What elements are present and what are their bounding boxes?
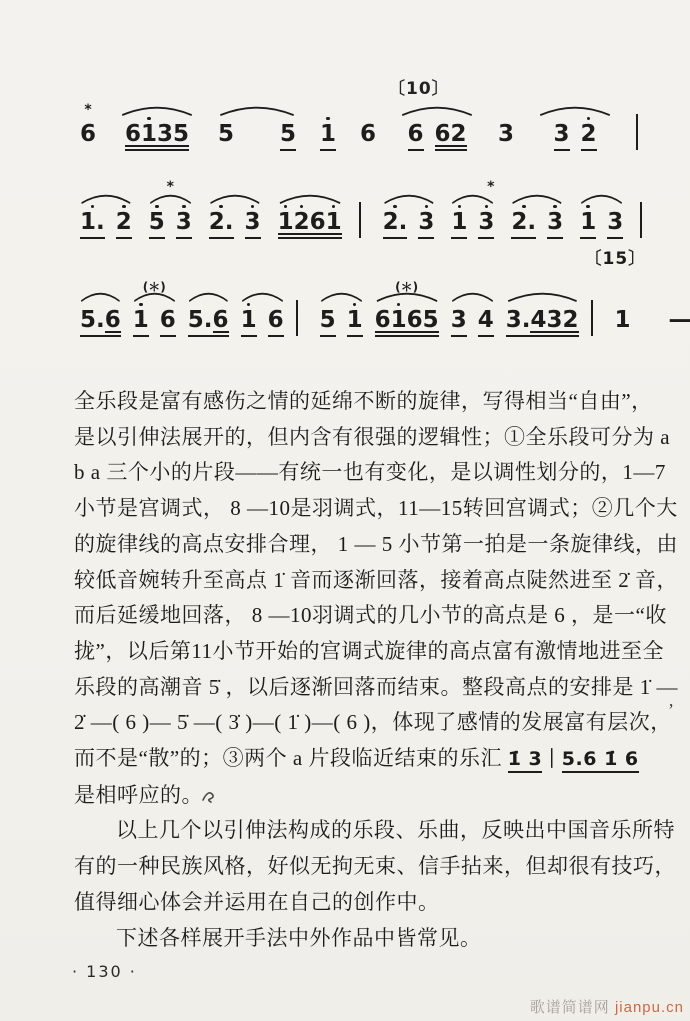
note-token: 3 bbox=[245, 205, 261, 241]
note-digit: 3 bbox=[607, 210, 623, 240]
text-run: 以上几个以引伸法构成的乐段、乐曲，反映出中国音乐所特 bbox=[116, 818, 675, 842]
note-group: 5.6 bbox=[80, 292, 121, 339]
notes: 1261 bbox=[278, 205, 342, 241]
octave-dot bbox=[155, 205, 159, 209]
barline: 〔15〕 bbox=[591, 300, 601, 338]
text-line: 全乐段是富有感伤之情的延绵不断的旋律，写得相当“自由”， bbox=[74, 384, 622, 420]
note-token: 3 bbox=[498, 117, 514, 153]
text-run: 是以引伸法展开的，但内含有很强的逻辑性；①全乐段可分为 a bbox=[74, 425, 670, 449]
note-group: 32 bbox=[538, 106, 612, 153]
note-digit: 4 bbox=[530, 308, 546, 338]
note-token: 3 bbox=[157, 117, 173, 153]
text-line: 是以引伸法展开的，但内含有很强的逻辑性；①全乐段可分为 a bbox=[74, 420, 622, 456]
note-digit: 3 bbox=[547, 210, 563, 240]
note-token: 6 bbox=[125, 117, 141, 153]
music-line: *661355516662332 bbox=[80, 88, 660, 152]
note-token: 3. bbox=[506, 303, 531, 339]
note-token: 3 bbox=[554, 117, 570, 153]
note-digit: 2 bbox=[581, 122, 597, 152]
slur-arc bbox=[451, 194, 494, 204]
note-group: 1 bbox=[615, 303, 631, 339]
octave-dot bbox=[553, 205, 557, 209]
notes: 2.3 bbox=[511, 205, 563, 241]
slur-arc bbox=[149, 194, 192, 204]
note-digit: 3 bbox=[418, 210, 434, 240]
note-token: 5. bbox=[188, 303, 213, 339]
text-run: 拢”，以后第11小节开始的宫调式旋律的高点富有激情地进至全 bbox=[74, 639, 664, 663]
notes: 6 bbox=[80, 117, 96, 153]
note-token: 1 bbox=[278, 205, 294, 241]
note-token: 1 bbox=[141, 117, 157, 153]
expression-mark: (＊) bbox=[143, 278, 166, 295]
note-digit: 6 bbox=[213, 308, 229, 338]
note-token: 5 bbox=[149, 205, 165, 241]
slur-arc bbox=[580, 194, 623, 204]
notes: 662 bbox=[408, 117, 467, 153]
octave-dot bbox=[393, 205, 397, 209]
octave-dot bbox=[139, 303, 143, 307]
note-digit: 6 bbox=[125, 122, 141, 152]
notes: 32 bbox=[554, 117, 597, 153]
notes: 13 bbox=[580, 205, 623, 241]
octave-dot bbox=[397, 303, 401, 307]
note-group: *53 bbox=[149, 194, 192, 241]
note-token: 1. bbox=[80, 205, 105, 241]
page-number: · 130 · bbox=[72, 962, 137, 981]
note-group: 55 bbox=[218, 106, 296, 153]
expression-mark: * bbox=[167, 179, 174, 195]
note-token: 2 bbox=[563, 303, 579, 339]
notes: 16 bbox=[133, 303, 176, 339]
note-token: 6 bbox=[213, 303, 229, 339]
text-line: 较低音婉转升至高点 1̇ 音而逐渐回落，接着高点陡然进至 2̇ 音， bbox=[74, 563, 622, 599]
note-token: 2 bbox=[116, 205, 132, 241]
note-group: 2.3 bbox=[511, 194, 563, 241]
slur-arc bbox=[383, 194, 435, 204]
notes: 6165 bbox=[375, 303, 439, 339]
note-digit: 6 bbox=[360, 122, 376, 152]
text-run: 而不是“散”的；③两个 a 片段临近结束的乐汇 bbox=[74, 746, 508, 770]
octave-dot bbox=[300, 205, 304, 209]
notes: 53 bbox=[149, 205, 192, 241]
note-digit: 5 bbox=[320, 308, 336, 338]
octave-dot bbox=[332, 205, 336, 209]
note-digit: 1. bbox=[80, 210, 105, 240]
note-token: — bbox=[669, 303, 690, 339]
notes: 3.432 bbox=[506, 303, 579, 339]
watermark: 歌谱简谱网 jianpu.cn bbox=[530, 996, 684, 1017]
notes: 55 bbox=[218, 117, 296, 153]
slur-arc bbox=[506, 292, 579, 302]
text-run: 2̇ —( 6 )— 5̇ —( 3̇ )—( 1̇ )—( 6 )，体现了感情… bbox=[74, 710, 672, 734]
text-line: 值得细心体会并运用在自己的创作中。 bbox=[74, 885, 622, 921]
slur-arc bbox=[538, 106, 612, 116]
barline-stroke bbox=[640, 202, 642, 238]
note-group: 2.3 bbox=[383, 194, 435, 241]
note-group: 1.2 bbox=[80, 194, 132, 241]
note-group: 5.6 bbox=[188, 292, 229, 339]
slur-arc bbox=[120, 106, 194, 116]
notes: 6 bbox=[360, 117, 376, 153]
slur-arc bbox=[80, 292, 121, 302]
text-line: 是相呼应的。 bbox=[74, 778, 622, 814]
note-token: 6 bbox=[375, 303, 391, 339]
slur-arc bbox=[320, 292, 363, 302]
notes: 6135 bbox=[125, 117, 189, 153]
octave-dot bbox=[586, 205, 590, 209]
note-token: 6 bbox=[105, 303, 121, 339]
note-token: 5 bbox=[423, 303, 439, 339]
note-token: 1 bbox=[615, 303, 631, 339]
note-digit: 5. bbox=[80, 308, 105, 338]
note-group: 2.3 bbox=[209, 194, 261, 241]
slur-arc bbox=[511, 194, 563, 204]
notes: 51 bbox=[320, 303, 363, 339]
barline bbox=[359, 202, 369, 240]
inline-notation: 1̇ 3 bbox=[508, 748, 543, 773]
note-token: 6 bbox=[435, 117, 451, 153]
slur-arc bbox=[451, 292, 494, 302]
note-group: — bbox=[669, 303, 690, 339]
text-run: 小节是宫调式， 8 —10是羽调式，11—15转回宫调式；②几个大 bbox=[74, 496, 678, 520]
note-digit: 1 bbox=[141, 122, 157, 152]
octave-dot bbox=[522, 205, 526, 209]
note-token: 5 bbox=[280, 117, 296, 153]
notes: 1.2 bbox=[80, 205, 132, 241]
note-group: 1 bbox=[320, 117, 336, 153]
text-run: 下述各样展开手法中外作品中皆常见。 bbox=[116, 926, 482, 950]
text-line: b a 三个小的片段——有统一也有变化，是以调性划分的，1—7 bbox=[74, 455, 622, 491]
text-line: 乐段的高潮音 5̇ ，以后逐渐回落而结束。整段高点的安排是 1̇ — bbox=[74, 670, 622, 706]
barline-stroke bbox=[359, 202, 361, 238]
note-digit: 1 bbox=[241, 308, 257, 338]
note-token: 6 bbox=[80, 117, 96, 153]
slur-arc bbox=[400, 106, 474, 116]
ink-mark bbox=[200, 788, 218, 806]
note-digit: 3 bbox=[157, 122, 173, 152]
note-digit: 4 bbox=[478, 308, 494, 338]
book-page: 〔10〕 *6613555166623321.2*532.312612.3*13… bbox=[0, 0, 690, 1021]
note-token: 5 bbox=[320, 303, 336, 339]
text-line: 的旋律线的高点安排合理， 1 — 5 小节第一拍是一条旋律线，由 bbox=[74, 527, 622, 563]
note-token: 6 bbox=[310, 205, 326, 241]
text-line: 而后延缓地回落， 8 —10羽调式的几小节的高点是 6 ，是一“收 bbox=[74, 598, 622, 634]
note-digit: 3 bbox=[546, 308, 562, 338]
inline-notation: 5.6 1̇ 6 bbox=[562, 748, 639, 773]
note-digit: 2. bbox=[383, 210, 408, 240]
octave-dot bbox=[91, 205, 95, 209]
octave-dot bbox=[326, 117, 330, 121]
note-token: 2. bbox=[383, 205, 408, 241]
note-digit: 3 bbox=[478, 210, 494, 240]
body-text: 全乐段是富有感伤之情的延绵不断的旋律，写得相当“自由”，是以引伸法展开的，但内含… bbox=[74, 384, 622, 956]
octave-dot bbox=[247, 303, 251, 307]
note-token: 1 bbox=[580, 205, 596, 241]
notes: — bbox=[669, 303, 690, 339]
inline-notation: ｜ bbox=[542, 748, 562, 770]
notes: 16 bbox=[241, 303, 284, 339]
text-run: 值得细心体会并运用在自己的创作中。 bbox=[74, 890, 440, 914]
octave-dot bbox=[147, 117, 151, 121]
note-token: 2. bbox=[511, 205, 536, 241]
note-digit: 3 bbox=[554, 122, 570, 152]
note-token: 3 bbox=[176, 205, 192, 241]
note-digit: — bbox=[669, 308, 690, 338]
note-token: 2 bbox=[294, 205, 310, 241]
notes: 2.3 bbox=[209, 205, 261, 241]
note-digit: 3 bbox=[245, 210, 261, 240]
watermark-domain: jianpu.cn bbox=[615, 999, 684, 1016]
text-run: 的旋律线的高点安排合理， 1 — 5 小节第一拍是一条旋律线，由 bbox=[74, 532, 678, 556]
note-token: 6 bbox=[360, 117, 376, 153]
text-line: 有的一种民族风格，好似无拘无束、信手拈来，但却很有技巧， bbox=[74, 849, 622, 885]
note-token: 6 bbox=[160, 303, 176, 339]
note-token: 5 bbox=[173, 117, 189, 153]
note-digit: 3 bbox=[451, 308, 467, 338]
text-run: b a 三个小的片段——有统一也有变化，是以调性划分的，1—7 bbox=[74, 460, 666, 484]
note-digit: 5 bbox=[149, 210, 165, 240]
note-digit: 1 bbox=[451, 210, 467, 240]
note-digit: 6 bbox=[375, 308, 391, 338]
note-token: 2 bbox=[581, 117, 597, 153]
margin-ink-speck: ’ bbox=[668, 700, 674, 721]
note-digit: 2 bbox=[116, 210, 132, 240]
note-token: 3 bbox=[418, 205, 434, 241]
note-group: *13 bbox=[451, 194, 494, 241]
note-digit: 2. bbox=[511, 210, 536, 240]
text-line: 以上几个以引伸法构成的乐段、乐曲，反映出中国音乐所特 bbox=[74, 813, 622, 849]
octave-dot bbox=[425, 205, 429, 209]
octave-dot bbox=[219, 205, 223, 209]
notes: 5.6 bbox=[80, 303, 121, 339]
slur-arc bbox=[241, 292, 284, 302]
octave-dot bbox=[458, 205, 462, 209]
note-digit: 1 bbox=[580, 210, 596, 240]
music-line: 1.2*532.312612.3*132.313 bbox=[80, 176, 660, 240]
text-run: 较低音婉转升至高点 1̇ 音而逐渐回落，接着高点陡然进至 2̇ 音， bbox=[74, 568, 678, 592]
notes: 2.3 bbox=[383, 205, 435, 241]
note-token: 1 bbox=[326, 205, 342, 241]
note-token: 6 bbox=[407, 303, 423, 339]
note-digit: 5 bbox=[173, 122, 189, 152]
note-digit: 1 bbox=[133, 308, 149, 338]
note-token: 4 bbox=[478, 303, 494, 339]
note-group: 6 bbox=[360, 117, 376, 153]
note-token: 1 bbox=[347, 303, 363, 339]
note-group: (＊)6165 bbox=[375, 292, 439, 339]
note-digit: 1 bbox=[347, 308, 363, 338]
octave-dot bbox=[251, 205, 255, 209]
notes: 13 bbox=[451, 205, 494, 241]
note-token: 3 bbox=[451, 303, 467, 339]
slur-arc bbox=[218, 106, 296, 116]
notes: 3 bbox=[498, 117, 514, 153]
note-digit: 6 bbox=[80, 122, 96, 152]
octave-dot bbox=[122, 205, 126, 209]
barline-stroke bbox=[591, 300, 593, 336]
text-line: 2̇ —( 6 )— 5̇ —( 3̇ )—( 1̇ )—( 6 )，体现了感情… bbox=[74, 705, 622, 741]
note-digit: 5 bbox=[218, 122, 234, 152]
note-token: 2. bbox=[209, 205, 234, 241]
barline-stroke bbox=[296, 300, 298, 336]
note-token: 1 bbox=[133, 303, 149, 339]
note-token: 3 bbox=[546, 303, 562, 339]
note-group: 51 bbox=[320, 292, 363, 339]
note-digit: 6 bbox=[268, 308, 284, 338]
note-group: 16 bbox=[241, 292, 284, 339]
text-run: 有的一种民族风格，好似无拘无束、信手拈来，但却很有技巧， bbox=[74, 854, 676, 878]
note-digit: 1 bbox=[320, 122, 336, 152]
octave-dot bbox=[182, 205, 186, 209]
notes: 1 bbox=[615, 303, 631, 339]
note-digit: 2. bbox=[209, 210, 234, 240]
note-token: 5. bbox=[80, 303, 105, 339]
note-digit: 6 bbox=[407, 308, 423, 338]
notes: 5.6 bbox=[188, 303, 229, 339]
barline bbox=[636, 114, 646, 152]
note-digit: 6 bbox=[408, 122, 424, 152]
slur-arc bbox=[188, 292, 229, 302]
note-group: (＊)16 bbox=[133, 292, 176, 339]
barline-stroke bbox=[636, 114, 638, 150]
text-run: 而后延缓地回落， 8 —10羽调式的几小节的高点是 6 ，是一“收 bbox=[74, 603, 667, 627]
note-token: 6 bbox=[268, 303, 284, 339]
note-group: 3.432 bbox=[506, 292, 579, 339]
slur-arc bbox=[209, 194, 261, 204]
expression-mark: * bbox=[487, 179, 494, 195]
barline bbox=[640, 202, 650, 240]
rehearsal-mark-15: 〔15〕 bbox=[585, 244, 647, 269]
note-digit: 1 bbox=[278, 210, 294, 240]
note-digit: 6 bbox=[310, 210, 326, 240]
note-digit: 6 bbox=[105, 308, 121, 338]
octave-dot bbox=[353, 303, 357, 307]
note-digit: 1 bbox=[615, 308, 631, 338]
note-token: 6 bbox=[408, 117, 424, 153]
note-digit: 1 bbox=[326, 210, 342, 240]
note-digit: 5. bbox=[188, 308, 213, 338]
note-digit: 5 bbox=[423, 308, 439, 338]
expression-mark: * bbox=[84, 102, 91, 118]
note-group: 13 bbox=[580, 194, 623, 241]
octave-dot bbox=[587, 117, 591, 121]
note-token: 1 bbox=[451, 205, 467, 241]
note-group: 6135 bbox=[120, 106, 194, 153]
note-digit: 3 bbox=[176, 210, 192, 240]
octave-dot bbox=[284, 205, 288, 209]
expression-mark: (＊) bbox=[395, 278, 418, 295]
notes: 1 bbox=[320, 117, 336, 153]
slur-arc bbox=[278, 194, 342, 204]
notes: 34 bbox=[451, 303, 494, 339]
note-digit: 3 bbox=[498, 122, 514, 152]
text-line: 下述各样展开手法中外作品中皆常见。 bbox=[74, 921, 622, 957]
note-group: *6 bbox=[80, 117, 96, 153]
note-digit: 2 bbox=[294, 210, 310, 240]
note-group: 662 bbox=[400, 106, 474, 153]
note-group: 1261 bbox=[278, 194, 342, 241]
text-line: 拢”，以后第11小节开始的宫调式旋律的高点富有激情地进至全 bbox=[74, 634, 622, 670]
note-token: 1 bbox=[391, 303, 407, 339]
slur-arc bbox=[80, 194, 132, 204]
watermark-site-name: 歌谱简谱网 bbox=[530, 999, 610, 1016]
note-digit: 2 bbox=[563, 308, 579, 338]
note-digit: 5 bbox=[280, 122, 296, 152]
note-token: 1 bbox=[320, 117, 336, 153]
note-token: 3 bbox=[478, 205, 494, 241]
barline bbox=[296, 300, 306, 338]
note-token: 5 bbox=[218, 117, 234, 153]
note-digit: 6 bbox=[435, 122, 451, 152]
note-digit: 6 bbox=[160, 308, 176, 338]
text-run: 乐段的高潮音 5̇ ，以后逐渐回落而结束。整段高点的安排是 1̇ — bbox=[74, 675, 678, 699]
text-run: 是相呼应的。 bbox=[74, 783, 203, 807]
music-line: 5.6(＊)165.61651(＊)6165343.432〔15〕1—— bbox=[80, 270, 660, 338]
note-digit: 1 bbox=[391, 308, 407, 338]
note-token: 1 bbox=[241, 303, 257, 339]
text-line: 小节是宫调式， 8 —10是羽调式，11—15转回宫调式；②几个大 bbox=[74, 491, 622, 527]
note-digit: 2 bbox=[451, 122, 467, 152]
note-token: 3 bbox=[607, 205, 623, 241]
octave-dot bbox=[485, 205, 489, 209]
text-run: 全乐段是富有感伤之情的延绵不断的旋律，写得相当“自由”， bbox=[74, 389, 653, 413]
note-group: 34 bbox=[451, 292, 494, 339]
note-token: 2 bbox=[451, 117, 467, 153]
note-group: 3 bbox=[498, 117, 514, 153]
note-digit: 3. bbox=[506, 308, 531, 338]
note-token: 3 bbox=[547, 205, 563, 241]
text-line: 而不是“散”的；③两个 a 片段临近结束的乐汇 1̇ 3｜5.6 1̇ 6 bbox=[74, 741, 622, 778]
note-token: 4 bbox=[530, 303, 546, 339]
